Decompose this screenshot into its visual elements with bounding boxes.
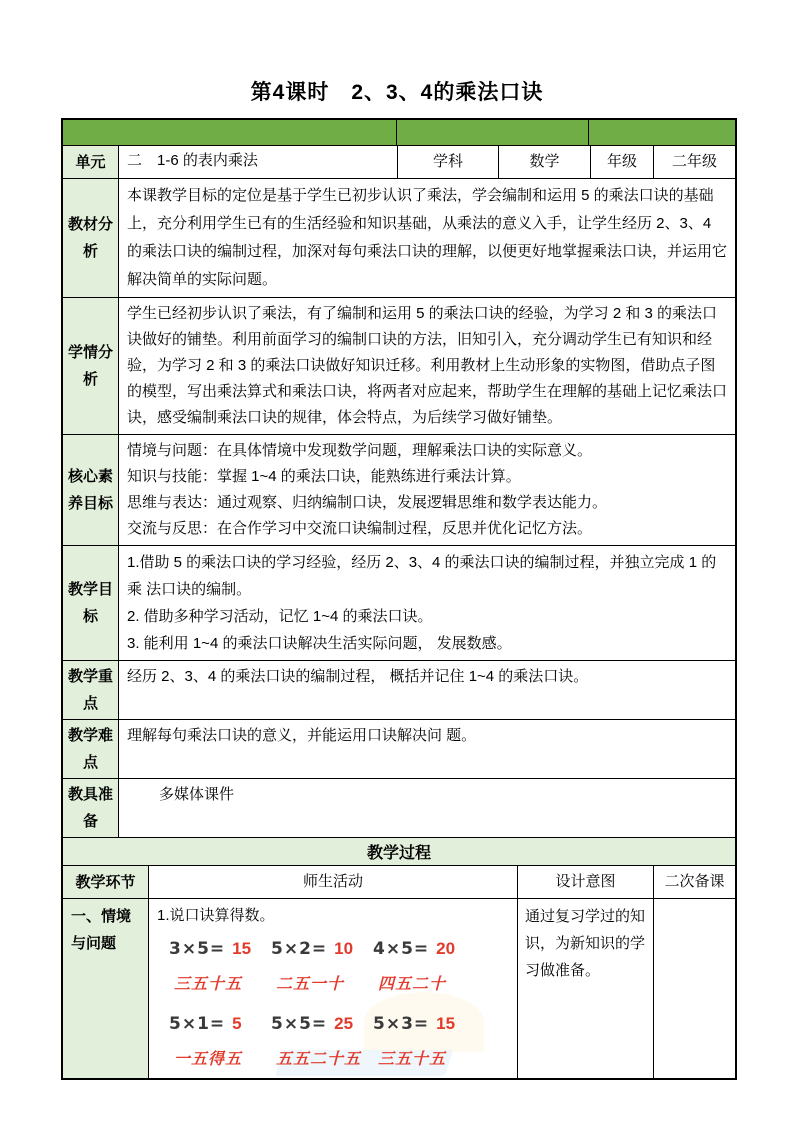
section-label: 核心素养目标: [63, 435, 119, 545]
stage-label: 一、情境与问题: [63, 899, 149, 1078]
activity-cell: 1.说口诀算得数。 3×5=15 三五十五 5×2=10 二五一十 4×5=20…: [149, 899, 518, 1078]
exercise-expression: 5×3=: [373, 1014, 429, 1034]
process-header-row: 教学环节 师生活动 设计意图 二次备课: [63, 866, 735, 899]
section-label: 教学重点: [63, 661, 119, 719]
competency-line: 情境与问题：在具体情境中发现数学问题，理解乘法口诀的实际意义。: [127, 438, 727, 464]
section-text: 经历 2、3、4 的乘法口诀的编制过程， 概括并记住 1~4 的乘法口诀。: [119, 661, 735, 719]
column-header-second-prep: 二次备课: [654, 866, 735, 898]
section-text: 多媒体课件: [119, 779, 735, 837]
subject-value: 数学: [499, 146, 591, 178]
exercise-answer: 20: [436, 939, 455, 958]
difficult-points-row: 教学难点 理解每句乘法口诀的意义，并能运用口诀解决问 题。: [63, 720, 735, 779]
exercise-expression: 5×2=: [271, 939, 327, 959]
exercise-answer: 5: [232, 1014, 241, 1033]
process-row: 一、情境与问题 1.说口诀算得数。 3×5=15 三五十五 5×2=10 二五一…: [63, 899, 735, 1078]
header-band-cell: [63, 120, 397, 145]
unit-value: 二 1-6 的表内乘法: [119, 146, 398, 178]
exercise-answer: 10: [334, 939, 353, 958]
exercise-answer: 15: [232, 939, 251, 958]
goal-item: 1.借助 5 的乘法口诀的学习经验，经历 2、3、4 的乘法口诀的编制过程，并独…: [127, 549, 727, 603]
grade-label: 年级: [591, 146, 654, 178]
exercise-item: 4×5=20 四五二十: [373, 936, 483, 998]
textbook-analysis-row: 教材分析 本课教学目标的定位是基于学生已初步认识了乘法，学会编制和运用 5 的乘…: [63, 179, 735, 298]
goal-item: 2. 借助多种学习活动，记忆 1~4 的乘法口诀。: [127, 603, 727, 630]
section-text: 本课教学目标的定位是基于学生已初步认识了乘法，学会编制和运用 5 的乘法口诀的基…: [119, 179, 735, 297]
competency-line: 思维与表达：通过观察、归纳编制口诀，发展逻辑思维和数学表达能力。: [127, 490, 727, 516]
teaching-aids-row: 教具准备 多媒体课件: [63, 779, 735, 838]
header-band-cell: [397, 120, 589, 145]
exercise-expression: 3×5=: [169, 939, 225, 959]
exercise-koujue: 三五十五: [378, 1047, 483, 1073]
section-label: 教学目标: [63, 546, 119, 660]
learner-analysis-row: 学情分析 学生已经初步认识了乘法，有了编制和运用 5 的乘法口诀的经验，为学习 …: [63, 298, 735, 435]
exercise-koujue: 四五二十: [378, 972, 483, 998]
exercise-item: 3×5=15 三五十五: [169, 936, 271, 998]
exercise-item: 5×5=25 五五二十五: [271, 1011, 373, 1073]
exercise-koujue: 三五十五: [174, 972, 271, 998]
lesson-plan-page: 第4课时 2、3、4的乘法口诀 单元 二 1-6 的表内乘法 学科 数学 年级 …: [0, 0, 794, 1123]
column-header-activity: 师生活动: [149, 866, 518, 898]
column-header-intent: 设计意图: [518, 866, 654, 898]
exercise-item: 5×2=10 二五一十: [271, 936, 373, 998]
competency-line: 交流与反思：在合作学习中交流口诀编制过程，反思并优化记忆方法。: [127, 516, 727, 542]
exercise-expression: 5×1=: [169, 1014, 225, 1034]
exercise-grid: 3×5=15 三五十五 5×2=10 二五一十 4×5=20 四五二十 5×1=…: [169, 936, 509, 1073]
goal-item: 3. 能利用 1~4 的乘法口诀解决生活实际问题， 发展数感。: [127, 630, 727, 657]
activity-intro: 1.说口诀算得数。: [157, 904, 509, 928]
section-text: 理解每句乘法口诀的意义，并能运用口诀解决问 题。: [119, 720, 735, 778]
second-prep-cell: [654, 899, 735, 1078]
lesson-plan-table: 单元 二 1-6 的表内乘法 学科 数学 年级 二年级 教材分析 本课教学目标的…: [61, 118, 737, 1080]
grade-value: 二年级: [654, 146, 735, 178]
section-label: 教材分析: [63, 179, 119, 297]
section-label: 教具准备: [63, 779, 119, 837]
exercise-expression: 4×5=: [373, 939, 429, 959]
header-band-cell: [589, 120, 735, 145]
header-band-row: [63, 120, 735, 146]
process-title: 教学过程: [63, 838, 735, 866]
design-intent-text: 通过复习学过的知识，为新知识的学习做准备。: [518, 899, 654, 1078]
competency-line: 知识与技能：掌握 1~4 的乘法口诀，能熟练进行乘法计算。: [127, 464, 727, 490]
page-title: 第4课时 2、3、4的乘法口诀: [0, 76, 794, 106]
exercise-koujue: 二五一十: [276, 972, 373, 998]
section-label: 学情分析: [63, 298, 119, 434]
exercise-item: 5×3=15 三五十五: [373, 1011, 483, 1073]
exercise-answer: 15: [436, 1014, 455, 1033]
section-label: 教学难点: [63, 720, 119, 778]
core-competency-row: 核心素养目标 情境与问题：在具体情境中发现数学问题，理解乘法口诀的实际意义。 知…: [63, 435, 735, 546]
exercise-koujue: 一五得五: [174, 1047, 271, 1073]
exercise-koujue: 五五二十五: [276, 1047, 373, 1073]
unit-label: 单元: [63, 146, 119, 178]
column-header-stage: 教学环节: [63, 866, 149, 898]
exercise-expression: 5×5=: [271, 1014, 327, 1034]
meta-row: 单元 二 1-6 的表内乘法 学科 数学 年级 二年级: [63, 146, 735, 179]
exercise-item: 5×1=5 一五得五: [169, 1011, 271, 1073]
subject-label: 学科: [398, 146, 499, 178]
exercise-answer: 25: [334, 1014, 353, 1033]
key-points-row: 教学重点 经历 2、3、4 的乘法口诀的编制过程， 概括并记住 1~4 的乘法口…: [63, 661, 735, 720]
teaching-goals-row: 教学目标 1.借助 5 的乘法口诀的学习经验，经历 2、3、4 的乘法口诀的编制…: [63, 546, 735, 661]
section-text: 学生已经初步认识了乘法，有了编制和运用 5 的乘法口诀的经验，为学习 2 和 3…: [119, 298, 735, 434]
